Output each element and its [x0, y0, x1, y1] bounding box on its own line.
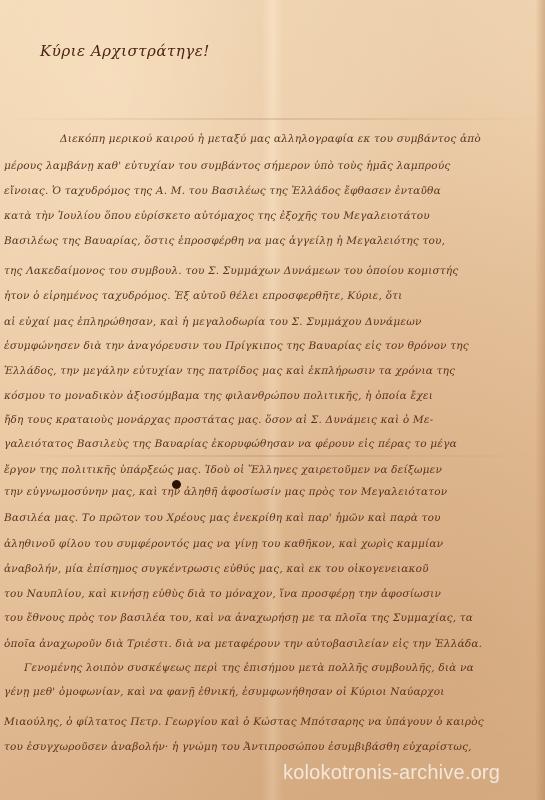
handwritten-line: Διεκόπη μερικού καιρού ἡ μεταξύ μας αλλη… — [60, 133, 539, 145]
handwritten-line: ὁποῖα ἀναχωροῦν διὰ Τριέστι. διὰ να μετα… — [4, 638, 539, 650]
handwritten-line: κόσμου το μοναδικὸν ἀξιοσύμβαμα της φιλα… — [4, 390, 539, 402]
handwritten-line: του ἐσυγχωροῦσεν ἀναβολήν· ἡ γνώμη του Ἀ… — [4, 741, 539, 753]
handwritten-line: γαλειότατος Βασιλεὺς της Βαυαρίας ἐκορυφ… — [4, 438, 539, 450]
manuscript-page: Κύριε Αρχιστράτηγε! Διεκόπη μερικού καιρ… — [0, 0, 545, 800]
handwritten-line: εἴνοιας. Ὁ ταχυδρόμος της Α. Μ. του Βασι… — [4, 185, 539, 197]
ink-blot — [172, 480, 181, 489]
paper-fold — [0, 455, 545, 457]
handwritten-line: ἀναβολήν, μία ἐπίσημος συγκέντρωσις εὐθύ… — [4, 563, 539, 575]
handwritten-line: Ἑλλάδος, την μεγάλην εὐτυχίαν της πατρίδ… — [4, 365, 539, 377]
handwritten-line: του ἔθνους πρὸς τον βασιλέα του, καὶ να … — [4, 612, 539, 624]
handwritten-line: ἦτον ὁ εἰρημένος ταχυδρόμος. Ἐξ αὐτοῦ θέ… — [4, 290, 539, 302]
letter-salutation: Κύριε Αρχιστράτηγε! — [40, 42, 210, 60]
handwritten-line: Βασιλέα μας. Το πρῶτον του Χρέους μας ἐν… — [4, 512, 539, 524]
handwritten-line: ἔργον της πολιτικῆς ὑπάρξεώς μας. Ἰδοὺ ο… — [4, 464, 539, 476]
handwritten-line: ἐσυμφώνησεν διὰ την ἀναγόρευσιν του Πρίγ… — [4, 340, 539, 352]
handwritten-line: Μιαούλης, ὁ φίλτατος Πετρ. Γεωργίου καὶ … — [4, 716, 539, 728]
handwritten-line: την εὐγνωμοσύνην μας, καὶ την ἀληθῆ ἀφοσ… — [4, 486, 539, 498]
handwritten-line: γένῃ μεθ' ὁμοφωνίαν, καὶ να φανῇ ἐθνική,… — [4, 686, 539, 698]
handwritten-line: της Λακεδαίμονος του συμβουλ. του Σ. Συμ… — [4, 265, 539, 277]
handwritten-line: μέρους λαμβάνῃ καθ' εὐτυχίαν του συμβάντ… — [4, 160, 539, 172]
handwritten-line: Γενομένης λοιπὸν συσκέψεως περὶ της ἐπισ… — [24, 662, 539, 674]
handwritten-line: Βασιλέως της Βαυαρίας, ὅστις ἐπροσφέρθη … — [4, 235, 539, 247]
archive-watermark: kolokotronis-archive.org — [283, 762, 500, 785]
handwritten-line: ἀληθινοῦ φίλου του συμφέροντός μας να γί… — [4, 538, 539, 550]
handwritten-line: κατὰ τὴν Ἰουλίου ὅπου εὑρίσκετο αὐτόμαχο… — [4, 210, 539, 222]
handwritten-line: του Ναυπλίου, καὶ κινήσῃ εὐθὺς διὰ το μό… — [4, 588, 539, 600]
handwritten-line: αἱ εὐχαί μας ἐπληρώθησαν, καὶ ἡ μεγαλοδω… — [4, 316, 539, 328]
handwritten-line: ἤδη τους κραταιοὺς μονάρχας προστάτας μα… — [4, 414, 539, 426]
paper-fold — [0, 118, 545, 120]
